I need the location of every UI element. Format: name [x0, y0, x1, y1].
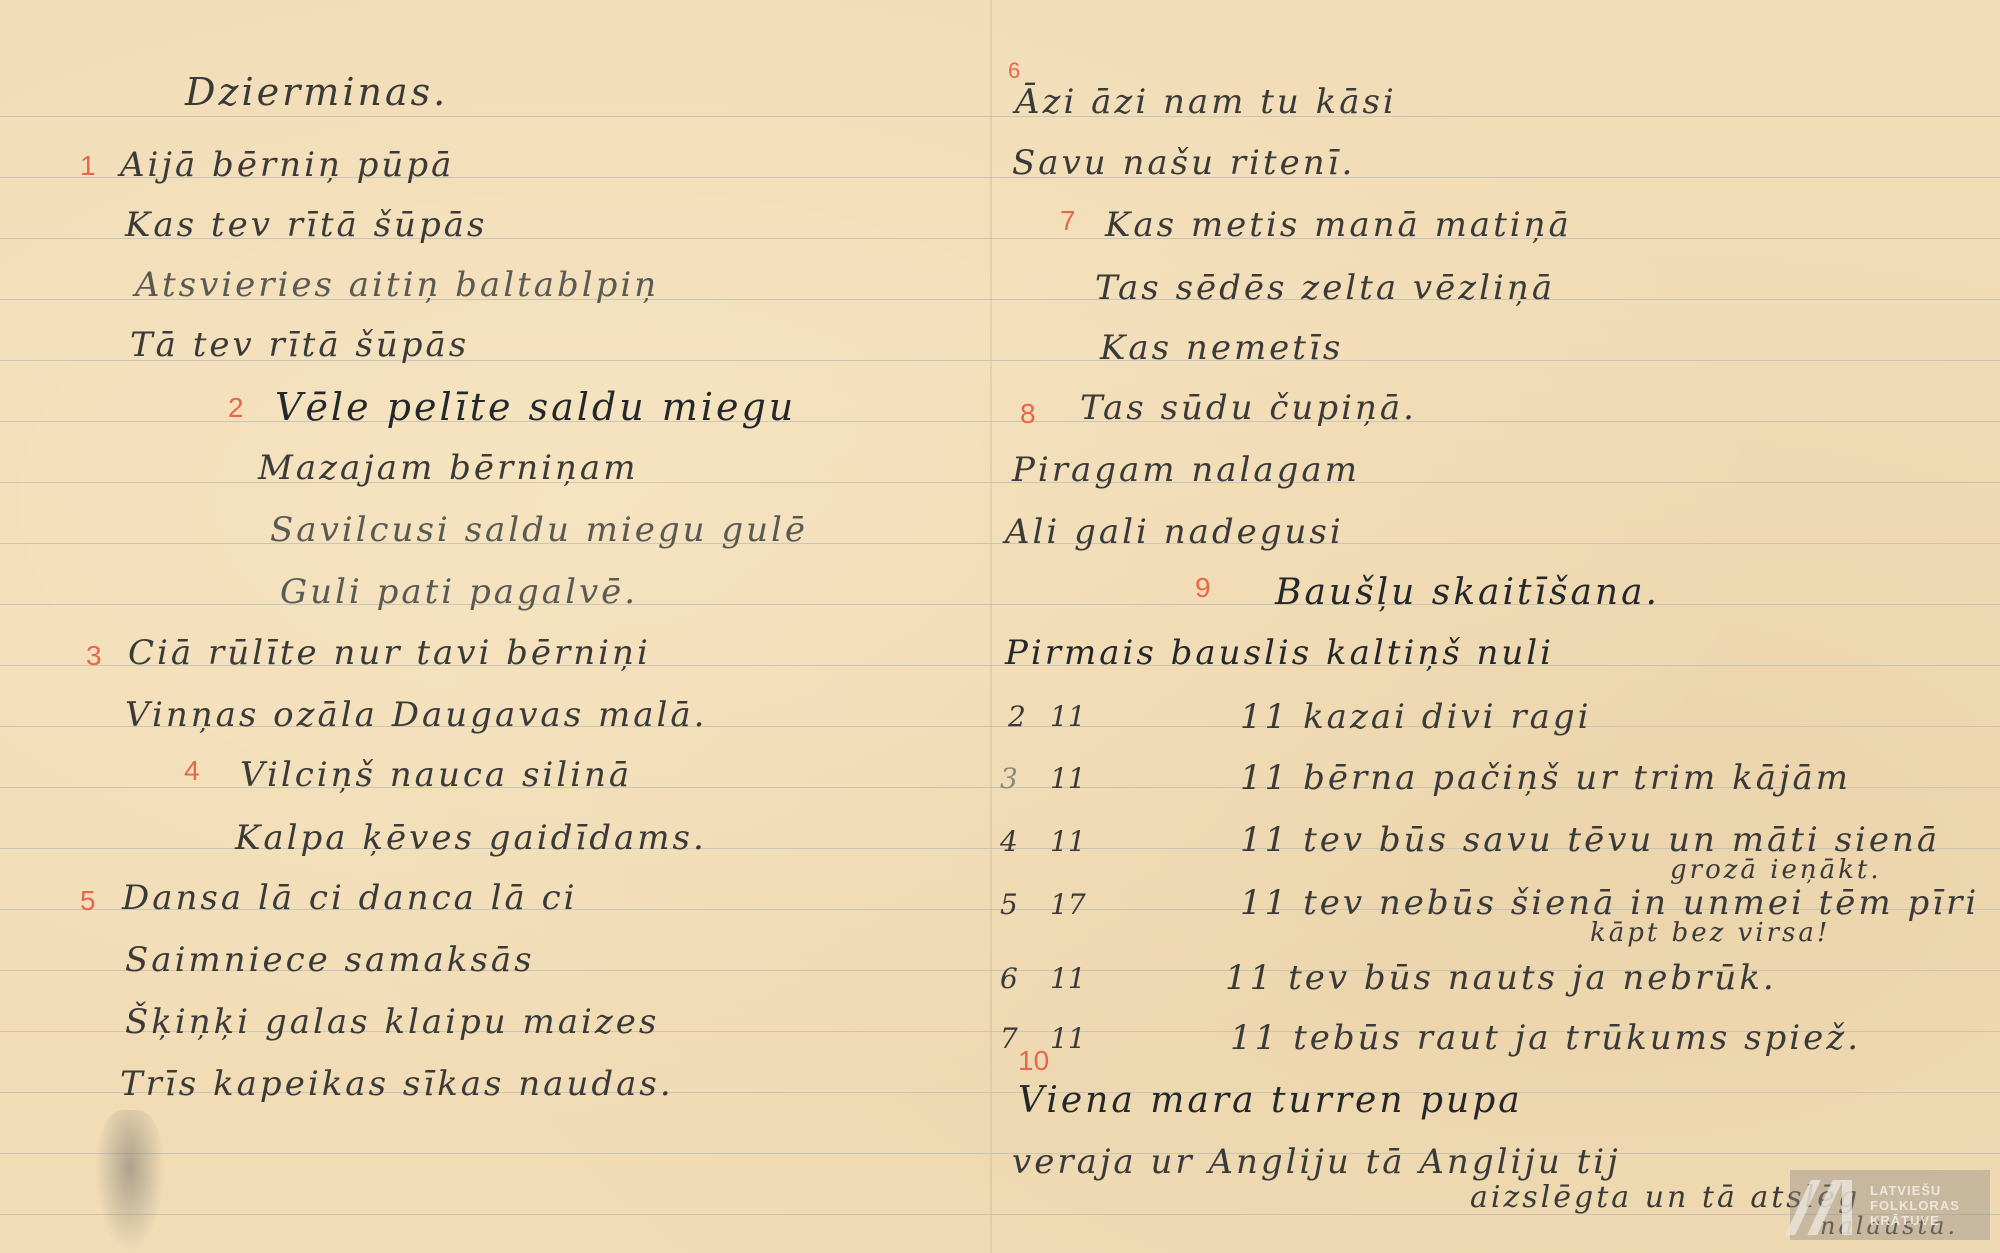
song-number: 8	[1020, 398, 1036, 430]
commandment-number: 5	[1000, 888, 1018, 921]
song-line: Tas sūdu čupiņā.	[1080, 388, 1417, 428]
song-line: Trīs kapeikas sīkas naudas.	[120, 1064, 674, 1104]
song-number: 6	[1008, 58, 1020, 84]
archive-logo-icon	[1790, 1170, 1870, 1240]
commandment-subline: grozā ieņākt.	[1670, 855, 1882, 885]
commandment-number: 3	[1000, 762, 1018, 795]
ditto-mark: 11	[1050, 1022, 1086, 1055]
song-line: Kas metis manā matiņā	[1105, 205, 1572, 245]
commandment-number: 7	[1000, 1022, 1018, 1055]
ditto-mark: 11	[1050, 700, 1086, 733]
song-number: 5	[80, 885, 96, 917]
archive-watermark: LATVIEŠU FOLKLORAS KRĀTUVE	[1790, 1170, 1990, 1240]
song-line: Ali gali nadegusi	[1005, 512, 1344, 552]
song-line: Tas sēdēs zelta vēzliņā	[1095, 268, 1555, 308]
song-line: Tā tev rītā šūpās	[130, 325, 469, 365]
song-number: 4	[184, 755, 200, 787]
commandment-line: 11 tev būs nauts ja nebrūk.	[1225, 958, 1777, 998]
song-line: Kas tev rītā šūpās	[125, 205, 487, 245]
song-line: veraja ur Angliju tā Angliju tij	[1012, 1142, 1621, 1182]
commandment-line: 11 tev nebūs šienā in unmei tēm pīri	[1240, 883, 1979, 923]
song-line: Aijā bērniņ pūpā	[120, 145, 454, 185]
song-line: Kas nemetīs	[1100, 328, 1343, 368]
commandment-line: 11 bērna pačiņš ur trim kājām	[1240, 758, 1851, 798]
song-line: Ciā rūlīte nur tavi bērniņi	[128, 633, 651, 673]
commandment-subline: kāpt bez virsa!	[1590, 918, 1830, 948]
section-title: Baušļu skaitīšana.	[1275, 572, 1660, 613]
commandment-number: 4	[1000, 825, 1018, 858]
commandment-number: 2	[1008, 700, 1026, 733]
commandment-line: 11 tebūs raut ja trūkums spiež.	[1230, 1018, 1861, 1058]
ditto-mark: 11	[1050, 825, 1086, 858]
song-number: 10	[1018, 1045, 1049, 1077]
song-line: Vilciņš nauca silinā	[240, 755, 632, 795]
commandment-line: 11 tev būs savu tēvu un māti sienā	[1240, 820, 1940, 860]
document-title: Dzierminas.	[185, 70, 448, 114]
song-number: 9	[1195, 572, 1211, 604]
song-number: 3	[86, 640, 102, 672]
song-line: Mazajam bērniņam	[258, 448, 638, 488]
watermark-line: LATVIEŠU	[1870, 1183, 1960, 1198]
song-number: 1	[80, 150, 96, 182]
commandment-line: 11 kazai divi ragi	[1240, 697, 1592, 737]
song-line: Kalpa ķēves gaidīdams.	[235, 818, 707, 858]
song-line: Saimniece samaksās	[125, 940, 535, 980]
song-line: Guli pati pagalvē.	[280, 572, 638, 612]
song-line: Atsvieries aitiņ baltablpiņ	[135, 265, 659, 305]
watermark-line: FOLKLORAS	[1870, 1198, 1960, 1213]
ditto-mark: 11	[1050, 762, 1086, 795]
song-line: Šķiņķi galas klaipu maizes	[125, 1002, 659, 1042]
commandment-number: 6	[1000, 962, 1018, 995]
watermark-line: KRĀTUVE	[1870, 1213, 1960, 1228]
ditto-mark: 11	[1050, 962, 1086, 995]
commandment-line: Pirmais bauslis kaltiņš nuli	[1005, 633, 1554, 673]
ink-smudge	[95, 1110, 165, 1253]
song-line: Āzi āzi nam tu kāsi	[1015, 82, 1397, 122]
song-line: Vinņas ozāla Daugavas malā.	[125, 695, 707, 735]
song-number: 7	[1060, 205, 1076, 237]
song-line: Dansa lā ci danca lā ci	[122, 878, 578, 918]
song-line: Savu našu ritenī.	[1012, 143, 1355, 183]
song-line: Savilcusi saldu miegu gulē	[270, 510, 808, 550]
page-fold	[990, 0, 992, 1253]
song-number: 2	[228, 392, 244, 424]
song-line: Viena mara turren pupa	[1018, 1080, 1523, 1121]
ditto-mark: 17	[1050, 888, 1086, 921]
song-line: Vēle pelīte saldu miegu	[275, 385, 796, 429]
song-line: Piragam nalagam	[1012, 450, 1360, 490]
